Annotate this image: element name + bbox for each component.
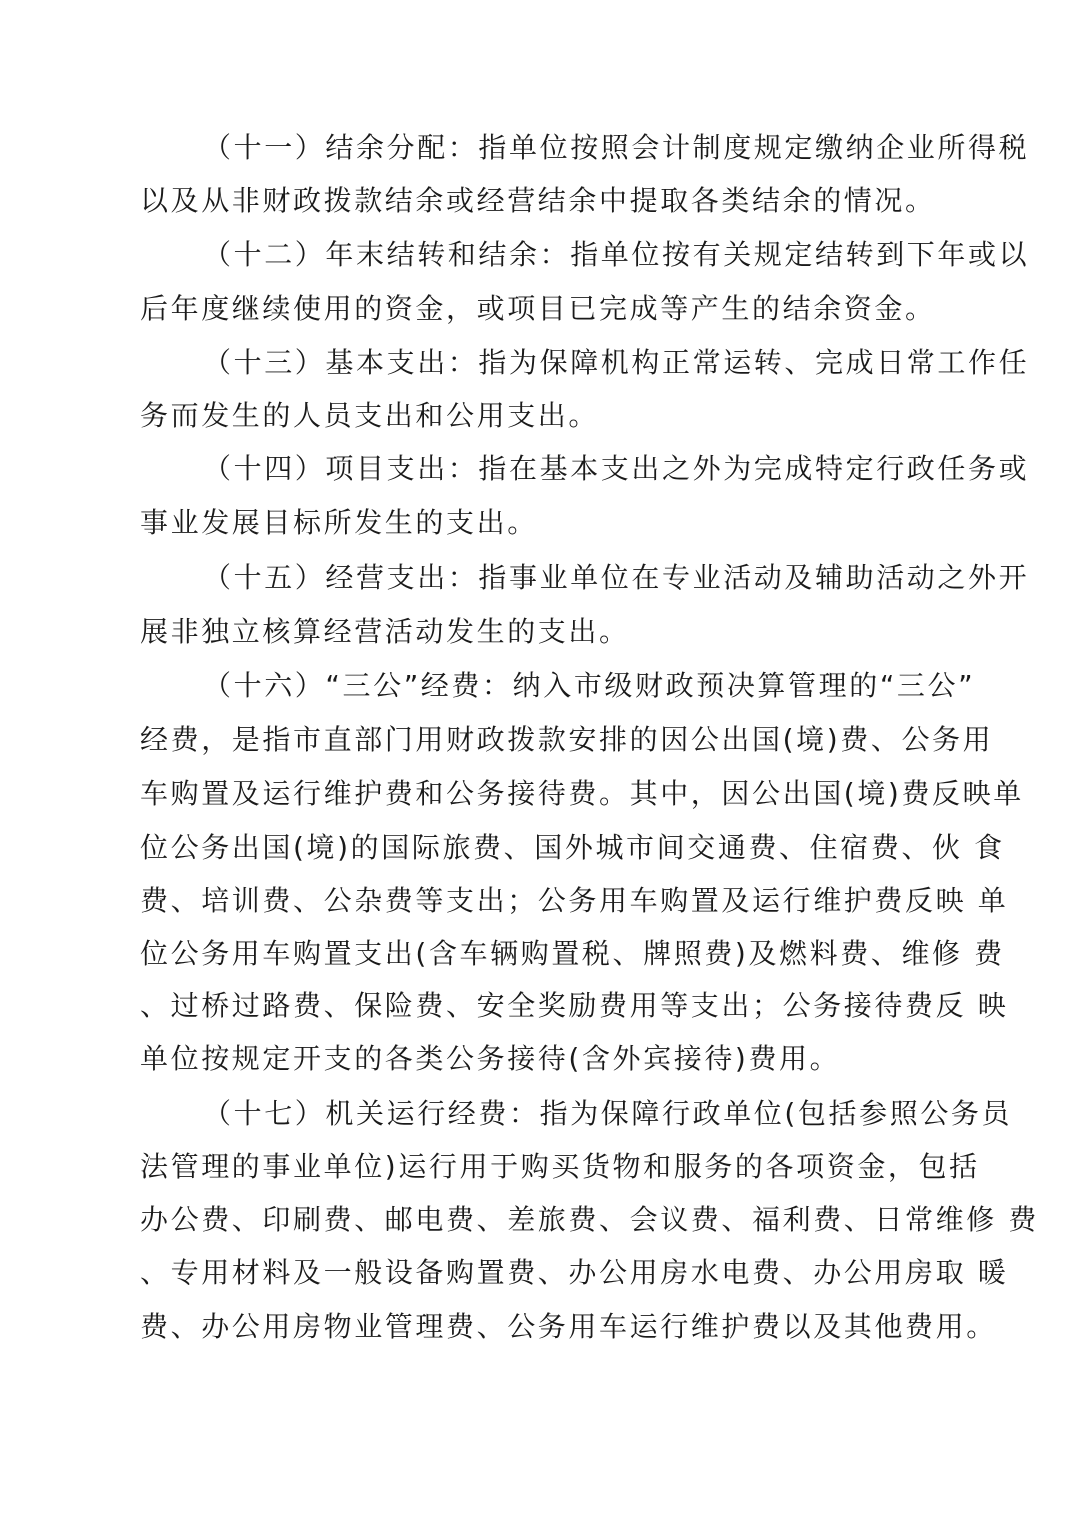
paragraph-11-line-1: （十一）结余分配：指单位按照会计制度规定缴纳企业所得税 [203,128,1003,168]
paragraph-17-line-5: 费、办公用房物业管理费、公务用车运行维护费以及其他费用。 [140,1307,940,1347]
paragraph-16-line-8: 单位按规定开支的各类公务接待(含外宾接待)费用。 [140,1039,940,1079]
paragraph-17-line-1: （十七）机关运行经费：指为保障行政单位(包括参照公务员 [203,1094,1003,1134]
paragraph-14-line-1: （十四）项目支出：指在基本支出之外为完成特定行政任务或 [203,449,1003,489]
paragraph-16-line-6: 位公务用车购置支出(含车辆购置税、牌照费)及燃料费、维修 费 [140,934,940,974]
paragraph-12-line-2: 后年度继续使用的资金，或项目已完成等产生的结余资金。 [140,289,940,329]
paragraph-13-line-2: 务而发生的人员支出和公用支出。 [140,396,940,436]
paragraph-17-line-4: 、专用材料及一般设备购置费、办公用房水电费、办公用房取 暖 [140,1253,940,1293]
paragraph-16-line-5: 费、培训费、公杂费等支出；公务用车购置及运行维护费反映 单 [140,881,940,921]
document-page: （十一）结余分配：指单位按照会计制度规定缴纳企业所得税 以及从非财政拨款结余或经… [0,0,1074,1520]
paragraph-16-line-1: （十六）“三公”经费：纳入市级财政预决算管理的“三公” [203,666,1003,706]
paragraph-16-line-7: 、过桥过路费、保险费、安全奖励费用等支出；公务接待费反 映 [140,986,940,1026]
paragraph-16-line-3: 车购置及运行维护费和公务接待费。其中，因公出国(境)费反映单 [140,774,940,814]
paragraph-12-line-1: （十二）年末结转和结余：指单位按有关规定结转到下年或以 [203,235,1003,275]
paragraph-11-line-2: 以及从非财政拨款结余或经营结余中提取各类结余的情况。 [140,181,940,221]
paragraph-16-line-4: 位公务出国(境)的国际旅费、国外城市间交通费、住宿费、伙 食 [140,828,940,868]
paragraph-13-line-1: （十三）基本支出：指为保障机构正常运转、完成日常工作任 [203,343,1003,383]
paragraph-15-line-1: （十五）经营支出：指事业单位在专业活动及辅助活动之外开 [203,558,1003,598]
paragraph-14-line-2: 事业发展目标所发生的支出。 [140,503,940,543]
paragraph-17-line-3: 办公费、印刷费、邮电费、差旅费、会议费、福利费、日常维修 费 [140,1200,940,1240]
paragraph-16-line-2: 经费，是指市直部门用财政拨款安排的因公出国(境)费、公务用 [140,720,940,760]
paragraph-17-line-2: 法管理的事业单位)运行用于购买货物和服务的各项资金，包括 [140,1147,940,1187]
paragraph-15-line-2: 展非独立核算经营活动发生的支出。 [140,612,940,652]
